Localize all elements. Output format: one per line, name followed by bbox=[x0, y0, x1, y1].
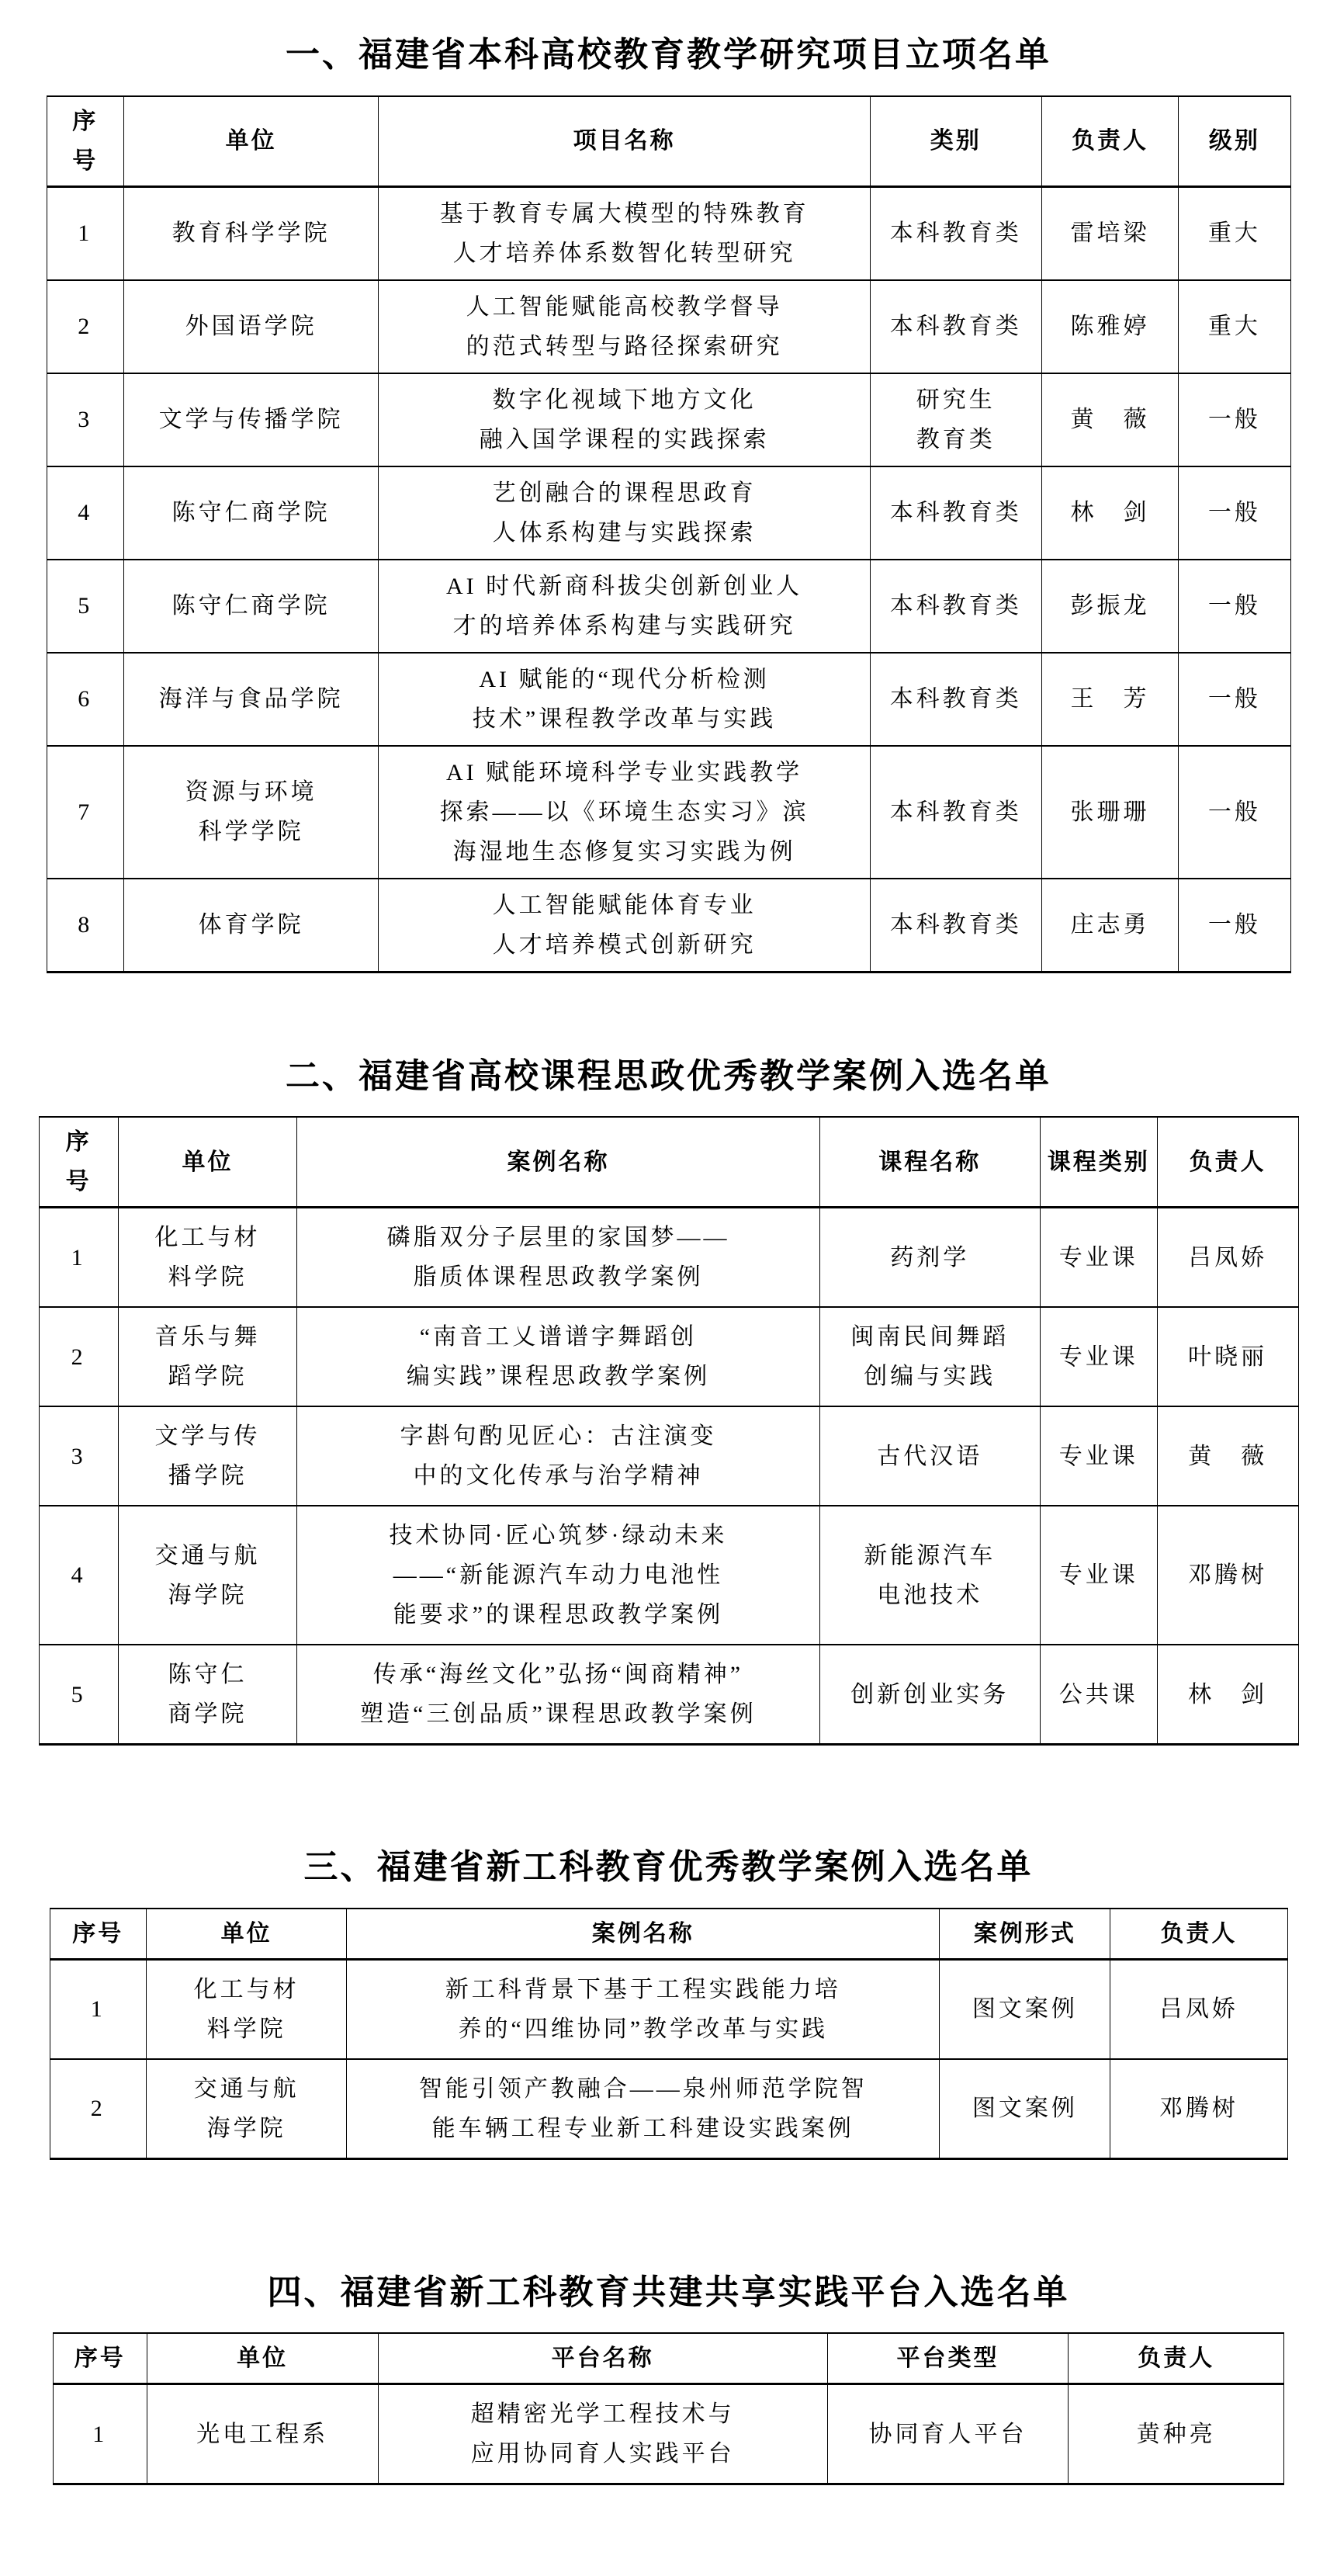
body-cell: 陈守仁商学院 bbox=[123, 560, 379, 653]
table-row: 2交通与航海学院智能引领产教融合——泉州师范学院智能车辆工程专业新工科建设实践案… bbox=[50, 2059, 1287, 2159]
body-cell: 本科教育类 bbox=[870, 746, 1041, 879]
body-cell: 一般 bbox=[1179, 466, 1290, 560]
body-cell: 8 bbox=[47, 879, 123, 973]
body-cell: 交通与航海学院 bbox=[118, 1506, 296, 1645]
header-cell: 单位 bbox=[146, 1909, 346, 1960]
body-cell: 艺创融合的课程思政育人体系构建与实践探索 bbox=[379, 466, 870, 560]
body-cell: 创新创业实务 bbox=[819, 1645, 1040, 1745]
table-row: 3文学与传播学院字斟句酌见匠心：古注演变中的文化传承与治学精神古代汉语专业课黄 … bbox=[39, 1406, 1298, 1506]
header-row: 序号单位项目名称类别负责人级别 bbox=[47, 96, 1290, 187]
section3-title: 三、福建省新工科教育优秀教学案例入选名单 bbox=[0, 1848, 1337, 1888]
header-cell: 单位 bbox=[123, 96, 379, 187]
body-cell: 专业课 bbox=[1040, 1406, 1157, 1506]
body-cell: 7 bbox=[47, 746, 123, 879]
table-row: 8体育学院人工智能赋能体育专业人才培养模式创新研究本科教育类庄志勇一般 bbox=[47, 879, 1290, 973]
body-cell: 数字化视域下地方文化融入国学课程的实践探索 bbox=[379, 373, 870, 466]
document-page: 一、福建省本科高校教育教学研究项目立项名单 序号单位项目名称类别负责人级别1教育… bbox=[0, 0, 1337, 2576]
body-cell: 体育学院 bbox=[123, 879, 379, 973]
body-cell: 2 bbox=[47, 280, 123, 373]
body-cell: 本科教育类 bbox=[870, 560, 1041, 653]
body-cell: 1 bbox=[39, 1208, 118, 1308]
header-cell: 级别 bbox=[1179, 96, 1290, 187]
body-cell: 雷培梁 bbox=[1041, 186, 1178, 280]
body-cell: 陈雅婷 bbox=[1041, 280, 1178, 373]
body-cell: 协同育人平台 bbox=[827, 2384, 1069, 2484]
header-cell: 单位 bbox=[147, 2333, 378, 2384]
shared-practice-platform-table: 序号单位平台名称平台类型负责人1光电工程系超精密光学工程技术与应用协同育人实践平… bbox=[53, 2332, 1284, 2485]
table-row: 4陈守仁商学院艺创融合的课程思政育人体系构建与实践探索本科教育类林 剑一般 bbox=[47, 466, 1290, 560]
table-row: 3文学与传播学院数字化视域下地方文化融入国学课程的实践探索研究生教育类黄 薇一般 bbox=[47, 373, 1290, 466]
body-cell: 闽南民间舞蹈创编与实践 bbox=[819, 1307, 1040, 1406]
header-cell: 平台类型 bbox=[827, 2333, 1069, 2384]
body-cell: 林 剑 bbox=[1157, 1645, 1298, 1745]
body-cell: 人工智能赋能体育专业人才培养模式创新研究 bbox=[379, 879, 870, 973]
research-projects-table: 序号单位项目名称类别负责人级别1教育科学学院基于教育专属大模型的特殊教育人才培养… bbox=[47, 95, 1291, 973]
body-cell: 传承“海丝文化”弘扬“闽商精神”塑造“三创品质”课程思政教学案例 bbox=[297, 1645, 820, 1745]
body-cell: 邓腾树 bbox=[1110, 2059, 1287, 2159]
body-cell: 4 bbox=[39, 1506, 118, 1645]
body-cell: 化工与材料学院 bbox=[118, 1208, 296, 1308]
body-cell: 黄 薇 bbox=[1041, 373, 1178, 466]
body-cell: 张珊珊 bbox=[1041, 746, 1178, 879]
header-cell: 案例名称 bbox=[347, 1909, 940, 1960]
body-cell: 邓腾树 bbox=[1157, 1506, 1298, 1645]
body-cell: 图文案例 bbox=[940, 2059, 1110, 2159]
header-cell: 负责人 bbox=[1041, 96, 1178, 187]
body-cell: 陈守仁商学院 bbox=[123, 466, 379, 560]
body-cell: 3 bbox=[39, 1406, 118, 1506]
body-cell: 音乐与舞蹈学院 bbox=[118, 1307, 296, 1406]
header-cell: 类别 bbox=[870, 96, 1041, 187]
header-cell: 序号 bbox=[47, 96, 123, 187]
header-cell: 课程名称 bbox=[819, 1117, 1040, 1208]
body-cell: 海洋与食品学院 bbox=[123, 653, 379, 746]
body-cell: 文学与传播学院 bbox=[123, 373, 379, 466]
table-row: 5陈守仁商学院AI 时代新商科拔尖创新创业人才的培养体系构建与实践研究本科教育类… bbox=[47, 560, 1290, 653]
body-cell: AI 赋能的“现代分析检测技术”课程教学改革与实践 bbox=[379, 653, 870, 746]
body-cell: 专业课 bbox=[1040, 1506, 1157, 1645]
body-cell: 文学与传播学院 bbox=[118, 1406, 296, 1506]
body-cell: 技术协同·匠心筑梦·绿动未来——“新能源汽车动力电池性能要求”的课程思政教学案例 bbox=[297, 1506, 820, 1645]
body-cell: 公共课 bbox=[1040, 1645, 1157, 1745]
body-cell: 教育科学学院 bbox=[123, 186, 379, 280]
body-cell: 黄 薇 bbox=[1157, 1406, 1298, 1506]
body-cell: 本科教育类 bbox=[870, 186, 1041, 280]
header-cell: 序号 bbox=[50, 1909, 146, 1960]
header-row: 序号单位案例名称课程名称课程类别负责人 bbox=[39, 1117, 1298, 1208]
body-cell: 药剂学 bbox=[819, 1208, 1040, 1308]
body-cell: 吕凤娇 bbox=[1110, 1959, 1287, 2059]
body-cell: 古代汉语 bbox=[819, 1406, 1040, 1506]
body-cell: 庄志勇 bbox=[1041, 879, 1178, 973]
table-row: 4交通与航海学院技术协同·匠心筑梦·绿动未来——“新能源汽车动力电池性能要求”的… bbox=[39, 1506, 1298, 1645]
table-row: 1化工与材料学院磷脂双分子层里的家国梦——脂质体课程思政教学案例药剂学专业课吕凤… bbox=[39, 1208, 1298, 1308]
body-cell: AI 时代新商科拔尖创新创业人才的培养体系构建与实践研究 bbox=[379, 560, 870, 653]
header-cell: 序号 bbox=[54, 2333, 147, 2384]
body-cell: 一般 bbox=[1179, 653, 1290, 746]
body-cell: 6 bbox=[47, 653, 123, 746]
header-row: 序号单位平台名称平台类型负责人 bbox=[54, 2333, 1284, 2384]
body-cell: 王 芳 bbox=[1041, 653, 1178, 746]
body-cell: 黄种亮 bbox=[1069, 2384, 1284, 2484]
body-cell: 专业课 bbox=[1040, 1307, 1157, 1406]
body-cell: 4 bbox=[47, 466, 123, 560]
header-cell: 课程类别 bbox=[1040, 1117, 1157, 1208]
body-cell: 化工与材料学院 bbox=[146, 1959, 346, 2059]
table-row: 1光电工程系超精密光学工程技术与应用协同育人实践平台协同育人平台黄种亮 bbox=[54, 2384, 1284, 2484]
new-engineering-cases-table: 序号单位案例名称案例形式负责人1化工与材料学院新工科背景下基于工程实践能力培养的… bbox=[50, 1908, 1288, 2160]
body-cell: 吕凤娇 bbox=[1157, 1208, 1298, 1308]
header-cell: 案例名称 bbox=[297, 1117, 820, 1208]
body-cell: 交通与航海学院 bbox=[146, 2059, 346, 2159]
body-cell: 本科教育类 bbox=[870, 653, 1041, 746]
body-cell: 5 bbox=[47, 560, 123, 653]
body-cell: 重大 bbox=[1179, 186, 1290, 280]
body-cell: 图文案例 bbox=[940, 1959, 1110, 2059]
body-cell: 一般 bbox=[1179, 560, 1290, 653]
body-cell: 陈守仁商学院 bbox=[118, 1645, 296, 1745]
body-cell: 本科教育类 bbox=[870, 280, 1041, 373]
table-row: 2外国语学院人工智能赋能高校教学督导的范式转型与路径探索研究本科教育类陈雅婷重大 bbox=[47, 280, 1290, 373]
body-cell: “南音工乂谱谱字舞蹈创编实践”课程思政教学案例 bbox=[297, 1307, 820, 1406]
header-cell: 负责人 bbox=[1110, 1909, 1287, 1960]
curriculum-ideology-cases-table: 序号单位案例名称课程名称课程类别负责人1化工与材料学院磷脂双分子层里的家国梦——… bbox=[39, 1116, 1299, 1746]
table-row: 1化工与材料学院新工科背景下基于工程实践能力培养的“四维协同”教学改革与实践图文… bbox=[50, 1959, 1287, 2059]
body-cell: 一般 bbox=[1179, 746, 1290, 879]
header-cell: 序号 bbox=[39, 1117, 118, 1208]
body-cell: 一般 bbox=[1179, 373, 1290, 466]
table-row: 7资源与环境科学学院AI 赋能环境科学专业实践教学探索——以《环境生态实习》滨海… bbox=[47, 746, 1290, 879]
body-cell: 基于教育专属大模型的特殊教育人才培养体系数智化转型研究 bbox=[379, 186, 870, 280]
table-row: 2音乐与舞蹈学院“南音工乂谱谱字舞蹈创编实践”课程思政教学案例闽南民间舞蹈创编与… bbox=[39, 1307, 1298, 1406]
body-cell: 外国语学院 bbox=[123, 280, 379, 373]
header-cell: 负责人 bbox=[1157, 1117, 1298, 1208]
header-cell: 项目名称 bbox=[379, 96, 870, 187]
body-cell: 专业课 bbox=[1040, 1208, 1157, 1308]
header-cell: 负责人 bbox=[1069, 2333, 1284, 2384]
body-cell: 新工科背景下基于工程实践能力培养的“四维协同”教学改革与实践 bbox=[347, 1959, 940, 2059]
body-cell: 3 bbox=[47, 373, 123, 466]
body-cell: 1 bbox=[47, 186, 123, 280]
body-cell: 本科教育类 bbox=[870, 466, 1041, 560]
table-row: 5陈守仁商学院传承“海丝文化”弘扬“闽商精神”塑造“三创品质”课程思政教学案例创… bbox=[39, 1645, 1298, 1745]
header-cell: 单位 bbox=[118, 1117, 296, 1208]
table-row: 1教育科学学院基于教育专属大模型的特殊教育人才培养体系数智化转型研究本科教育类雷… bbox=[47, 186, 1290, 280]
body-cell: 重大 bbox=[1179, 280, 1290, 373]
header-cell: 平台名称 bbox=[378, 2333, 827, 2384]
body-cell: 一般 bbox=[1179, 879, 1290, 973]
header-cell: 案例形式 bbox=[940, 1909, 1110, 1960]
body-cell: 5 bbox=[39, 1645, 118, 1745]
section1-title: 一、福建省本科高校教育教学研究项目立项名单 bbox=[0, 36, 1337, 75]
body-cell: 资源与环境科学学院 bbox=[123, 746, 379, 879]
body-cell: 字斟句酌见匠心：古注演变中的文化传承与治学精神 bbox=[297, 1406, 820, 1506]
body-cell: 人工智能赋能高校教学督导的范式转型与路径探索研究 bbox=[379, 280, 870, 373]
body-cell: 本科教育类 bbox=[870, 879, 1041, 973]
body-cell: 彭振龙 bbox=[1041, 560, 1178, 653]
body-cell: 超精密光学工程技术与应用协同育人实践平台 bbox=[378, 2384, 827, 2484]
body-cell: 磷脂双分子层里的家国梦——脂质体课程思政教学案例 bbox=[297, 1208, 820, 1308]
body-cell: 1 bbox=[54, 2384, 147, 2484]
body-cell: AI 赋能环境科学专业实践教学探索——以《环境生态实习》滨海湿地生态修复实习实践… bbox=[379, 746, 870, 879]
body-cell: 2 bbox=[39, 1307, 118, 1406]
body-cell: 光电工程系 bbox=[147, 2384, 378, 2484]
body-cell: 林 剑 bbox=[1041, 466, 1178, 560]
body-cell: 1 bbox=[50, 1959, 146, 2059]
body-cell: 新能源汽车电池技术 bbox=[819, 1506, 1040, 1645]
header-row: 序号单位案例名称案例形式负责人 bbox=[50, 1909, 1287, 1960]
section4-title: 四、福建省新工科教育共建共享实践平台入选名单 bbox=[0, 2273, 1337, 2313]
body-cell: 叶晓丽 bbox=[1157, 1307, 1298, 1406]
section2-title: 二、福建省高校课程思政优秀教学案例入选名单 bbox=[0, 1057, 1337, 1097]
body-cell: 2 bbox=[50, 2059, 146, 2159]
body-cell: 研究生教育类 bbox=[870, 373, 1041, 466]
table-row: 6海洋与食品学院AI 赋能的“现代分析检测技术”课程教学改革与实践本科教育类王 … bbox=[47, 653, 1290, 746]
body-cell: 智能引领产教融合——泉州师范学院智能车辆工程专业新工科建设实践案例 bbox=[347, 2059, 940, 2159]
